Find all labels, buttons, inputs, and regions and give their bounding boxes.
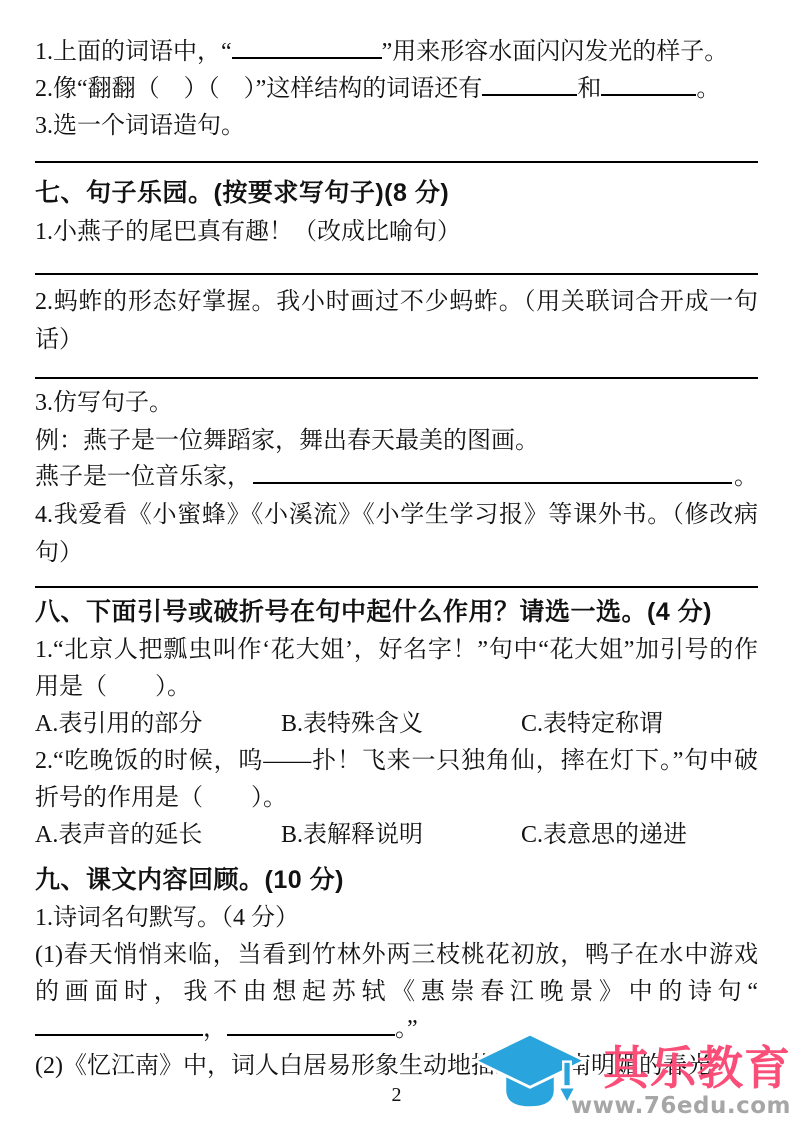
answer-blank [227,1016,395,1036]
option-b: B.表解释说明 [281,817,521,854]
section7-item2: 2.蚂蚱的形态好掌握。我小时画过不少蚂蚱。（用关联词合开成一句话） [35,283,758,359]
section8-q2-options: A.表声音的延长 B.表解释说明 C.表意思的递进 [35,817,758,854]
section9-sub1: (1)春天悄悄来临，当看到竹林外两三枝桃花初放，鸭子在水中游戏的画面时，我不由想… [35,937,758,1048]
option-c: C.表意思的递进 [521,817,758,854]
option-a: A.表声音的延长 [35,817,281,854]
answer-blank [232,39,382,59]
section8-q1-options: A.表引用的部分 B.表特殊含义 C.表特定称谓 [35,706,758,743]
watermark-brand: 其乐教育 [603,1044,791,1092]
test-paper-page: 1.上面的词语中，“”用来形容水面闪闪发光的样子。 2.像“翻翻（ ）（ ）”这… [0,0,793,1121]
watermark-text: 其乐教育 www.76edu.com [571,1044,791,1119]
question-word-structure: 2.像“翻翻（ ）（ ）”这样结构的词语还有和。 [35,71,758,108]
section8-question2: 2.“吃晚饭的时候，呜——扑！飞来一只独角仙，摔在灯下。”句中破折号的作用是（ … [35,743,758,817]
answer-blank [253,464,732,484]
graduation-cap-icon [473,1033,587,1115]
section8-question1: 1.“北京人把瓢虫叫作‘花大姐’，好名字！”句中“花大姐”加引号的作用是（ ）。 [35,632,758,706]
page-content: 1.上面的词语中，“”用来形容水面闪闪发光的样子。 2.像“翻翻（ ）（ ）”这… [35,34,758,1085]
section8-title: 八、下面引号或破折号在句中起什么作用？请选一选。(4 分) [35,592,758,632]
question-word-describe: 1.上面的词语中，“”用来形容水面闪闪发光的样子。 [35,34,758,71]
option-c: C.表特定称谓 [521,706,758,743]
answer-line [35,273,758,275]
answer-blank [601,76,696,96]
section7-example: 例：燕子是一位舞蹈家，舞出春天最美的图画。 [35,422,758,459]
answer-line [35,161,758,163]
question-make-sentence: 3.选一个词语造句。 [35,108,758,145]
section7-item1: 1.小燕子的尾巴真有趣！（改成比喻句） [35,213,758,251]
section7-item3: 3.仿写句子。 [35,385,758,422]
answer-line [35,586,758,588]
watermark-url: www.76edu.com [571,1094,791,1119]
section7-title: 七、句子乐园。(按要求写句子)(8 分) [35,173,758,213]
answer-line [35,377,758,379]
watermark: 其乐教育 www.76edu.com [473,1033,791,1119]
section7-imitate-sentence: 燕子是一位音乐家，。 [35,459,758,496]
section7-item4: 4.我爱看《小蜜蜂》《小溪流》《小学生学习报》等课外书。（修改病句） [35,496,758,572]
answer-blank [35,1016,203,1036]
section9-item1: 1.诗词名句默写。（4 分） [35,900,758,937]
section9-title: 九、课文内容回顾。(10 分) [35,860,758,900]
answer-blank [482,76,577,96]
hint-text: （改成比喻句） [293,217,461,245]
option-b: B.表特殊含义 [281,706,521,743]
option-a: A.表引用的部分 [35,706,281,743]
